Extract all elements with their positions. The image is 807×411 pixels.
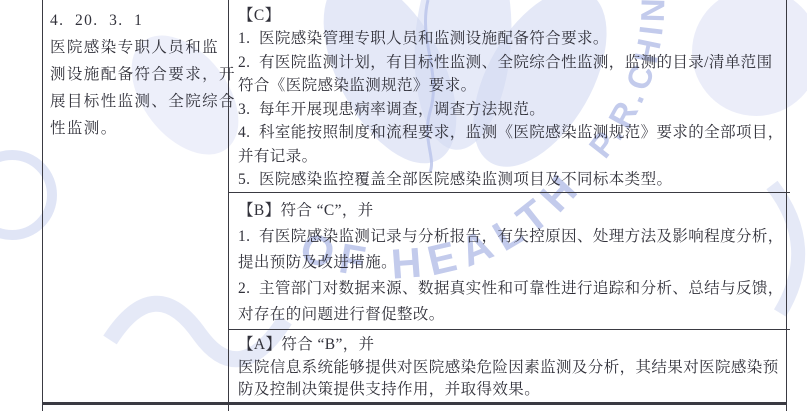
criterion-text-line: 医院感染专职人员和监	[50, 34, 224, 61]
grade-b-line: 1. 有医院感染监测记录与分析报告，有失控原因、处理方法及影响程度分析，	[238, 224, 784, 250]
grade-b-cell: 【B】符合 “C”，并 1. 有医院感染监测记录与分析报告，有失控原因、处理方法…	[229, 193, 790, 331]
criterion-code: 4. 20. 3. 1	[50, 7, 224, 34]
grade-b-line: 2. 主管部门对数据来源、数据真实性和可靠性进行追踪和分析、总结与反馈，	[238, 276, 784, 302]
grade-c-line: 并有记录。	[238, 145, 784, 169]
grade-b-line: 对存在的问题进行督促整改。	[238, 302, 784, 328]
grade-c-line: 4. 科室能按照制度和流程要求，监测《医院感染监测规范》要求的全部项目，	[238, 121, 784, 145]
grade-a-line: 防及控制决策提供支持作用，并取得效果。	[238, 379, 784, 402]
grade-c-cell: 【C】 1. 医院感染管理专职人员和监测设施配备符合要求。 2. 有医院监测计划…	[229, 0, 790, 193]
grade-b-line: 提出预防及改进措施。	[238, 250, 784, 276]
criterion-text-line: 测设施配备符合要求，开	[50, 61, 224, 88]
grade-c-line: 2. 有医院监测计划，有目标性监测、全院综合性监测，监测的目录/清单范围	[238, 51, 784, 75]
table-bottom-border	[42, 402, 787, 405]
criterion-cell: 4. 20. 3. 1 医院感染专职人员和监 测设施配备符合要求，开 展目标性监…	[43, 0, 229, 411]
grade-b-header: 【B】符合 “C”，并	[238, 198, 784, 224]
grading-column: 【C】 1. 医院感染管理专职人员和监测设施配备符合要求。 2. 有医院监测计划…	[229, 0, 790, 411]
criterion-text-line: 性监测。	[50, 115, 224, 142]
grade-c-line: 1. 医院感染管理专职人员和监测设施配备符合要求。	[238, 27, 784, 51]
grade-c-line: 符合《医院感染监测规范》要求。	[238, 74, 784, 98]
criterion-text-line: 展目标性监测、全院综合	[50, 88, 224, 115]
grade-a-cell: 【A】符合 “B”，并 医院信息系统能够提供对医院感染危险因素监测及分析，其结果…	[229, 330, 790, 411]
grade-c-line: 3. 每年开展现患病率调查，调查方法规范。	[238, 98, 784, 122]
grade-c-header: 【C】	[238, 4, 784, 28]
criteria-table: 4. 20. 3. 1 医院感染专职人员和监 测设施配备符合要求，开 展目标性监…	[42, 0, 787, 411]
grade-a-header: 【A】符合 “B”，并	[238, 334, 784, 357]
grade-a-line: 医院信息系统能够提供对医院感染危险因素监测及分析，其结果对医院感染预	[238, 357, 784, 380]
grade-c-line: 5. 医院感染监控覆盖全部医院感染监测项目及不同标本类型。	[238, 168, 784, 192]
